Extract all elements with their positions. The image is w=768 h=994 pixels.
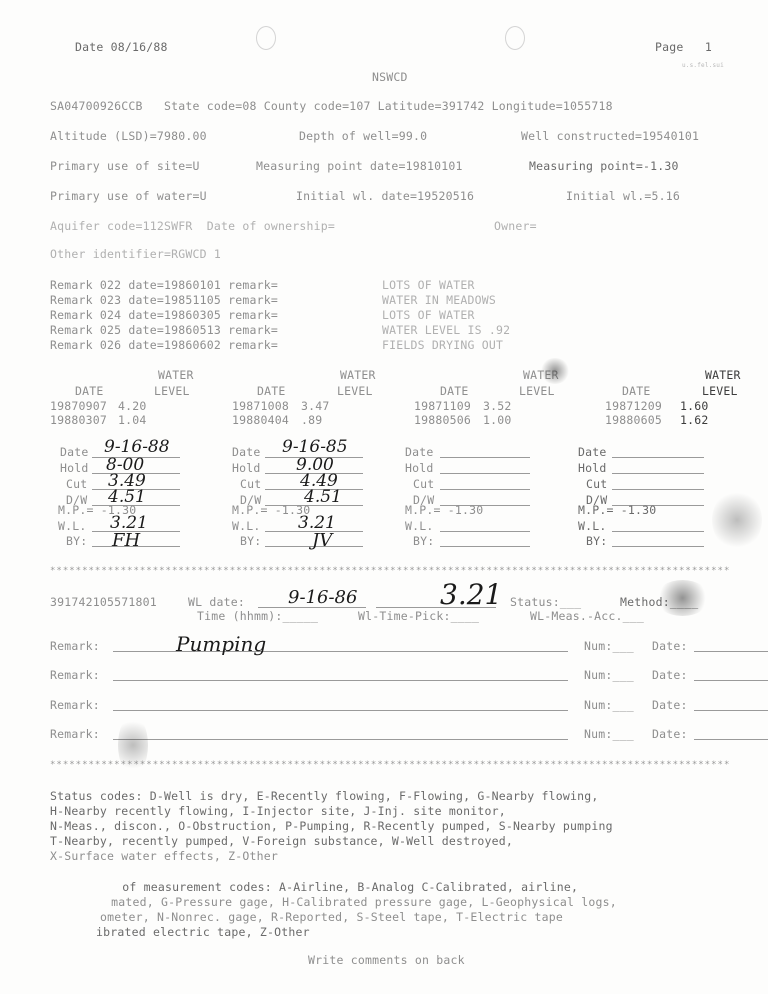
remark-date-field[interactable] <box>694 710 768 711</box>
wl-level: 3.52 <box>483 399 512 413</box>
stamp: u.s.fel.sui <box>682 62 724 69</box>
wl-date-value: 9-16-86 <box>288 587 357 608</box>
form-label-wl: W.L. <box>578 519 607 533</box>
wl-date: 19880605 <box>605 413 662 427</box>
wl-date: 19880404 <box>232 413 289 427</box>
form-label-by: BY: <box>586 534 607 548</box>
form-label-cut: Cut <box>586 477 607 491</box>
col-header-level: LEVEL <box>519 384 555 398</box>
form-label-mp: M.P.= -1.30 <box>405 503 483 517</box>
remark-history-text: LOTS OF WATER <box>382 308 475 322</box>
date-field[interactable] <box>612 457 704 458</box>
hold-field[interactable] <box>440 473 530 474</box>
wl-level: .89 <box>301 413 322 427</box>
form-label-hold: Hold <box>405 461 434 475</box>
scan-smudge <box>118 715 148 775</box>
form-label-date: Date <box>578 445 607 459</box>
form-label-wl: W.L. <box>58 519 87 533</box>
method-code-line: ometer, N-Nonrec. gage, R-Reported, S-St… <box>100 910 563 924</box>
site-line: SA04700926CCB State code=08 County code=… <box>50 99 613 113</box>
num-field[interactable]: Num:___ <box>584 668 634 682</box>
remark-history-row: Remark 024 date=19860305 remark= <box>50 308 278 322</box>
altitude: Altitude (LSD)=7980.00 <box>50 129 207 143</box>
remark-date-field[interactable] <box>694 651 768 652</box>
scan-smudge <box>655 580 710 616</box>
wl-level: 1.62 <box>680 413 709 427</box>
well-constructed: Well constructed=19540101 <box>521 129 699 143</box>
remark-history-text: LOTS OF WATER <box>382 278 475 292</box>
date-field[interactable] <box>440 457 530 458</box>
wl-date-label: WL date: <box>188 595 245 609</box>
method-code-line: of measurement codes: A-Airline, B-Analo… <box>108 880 578 894</box>
star-divider: ****************************************… <box>50 760 768 770</box>
date-label: Date: <box>652 698 688 712</box>
form-label-wl: W.L. <box>405 519 434 533</box>
form-label-date: Date <box>232 445 261 459</box>
remark-history-text: FIELDS DRYING OUT <box>382 338 503 352</box>
form-label-date: Date <box>405 445 434 459</box>
remark-history-row: Remark 023 date=19851105 remark= <box>50 293 278 307</box>
wl-level: 4.20 <box>118 399 147 413</box>
col-header-date: DATE <box>440 384 469 398</box>
primary-use-site: Primary use of site=U <box>50 159 200 173</box>
date-label: Date: <box>652 727 688 741</box>
col-header-date: DATE <box>622 384 651 398</box>
org-title: NSWCD <box>372 70 408 84</box>
status-code-line: T-Nearby, recently pumped, V-Foreign sub… <box>50 834 513 848</box>
report-date: Date 08/16/88 <box>75 40 168 54</box>
aquifer-code: Aquifer code=112SWFR Date of ownership= <box>50 219 335 233</box>
wl-field[interactable] <box>440 531 530 532</box>
remark-history-row: Remark 026 date=19860602 remark= <box>50 338 278 352</box>
remark-field[interactable] <box>113 739 568 740</box>
wl-level: 1.60 <box>680 399 709 413</box>
status-code-line: H-Nearby recently flowing, I-Injector si… <box>50 804 506 818</box>
remark-date-field[interactable] <box>694 680 768 681</box>
wl-date: 19871008 <box>232 399 289 413</box>
remark-history-text: WATER IN MEADOWS <box>382 293 496 307</box>
cut-field[interactable] <box>440 489 530 490</box>
measuring-point: Measuring point=-1.30 <box>529 159 679 173</box>
wl-time-pick-field[interactable]: Wl-Time-Pick:____ <box>358 609 479 623</box>
remark-label: Remark: <box>50 698 100 712</box>
wl-date: 19871109 <box>414 399 471 413</box>
by-field[interactable] <box>440 546 530 547</box>
cut-field[interactable] <box>612 489 704 490</box>
form-label-cut: Cut <box>240 477 261 491</box>
remark-history-row: Remark 025 date=19860513 remark= <box>50 323 278 337</box>
punch-hole <box>256 26 276 50</box>
col-header-level: LEVEL <box>337 384 373 398</box>
remark-date-field[interactable] <box>694 739 768 740</box>
time-field[interactable]: Time (hhmm):_____ <box>197 609 318 623</box>
page-number: Page 1 <box>655 40 712 54</box>
by-field[interactable] <box>612 546 704 547</box>
wl-date: 19880307 <box>50 413 107 427</box>
remark-label: Remark: <box>50 668 100 682</box>
wl-field[interactable] <box>612 531 704 532</box>
form-label-by: BY: <box>413 534 434 548</box>
col-header-water: WATER <box>340 368 376 382</box>
initial-wl-date: Initial wl. date=19520516 <box>296 189 474 203</box>
date-label: Date: <box>652 639 688 653</box>
wl-date: 19880506 <box>414 413 471 427</box>
primary-use-water: Primary use of water=U <box>50 189 207 203</box>
num-field[interactable]: Num:___ <box>584 727 634 741</box>
status-field[interactable]: Status:___ <box>510 595 581 609</box>
col-header-water: WATER <box>158 368 194 382</box>
form-label-cut: Cut <box>66 477 87 491</box>
wl-date: 19870907 <box>50 399 107 413</box>
scan-smudge <box>712 490 762 550</box>
initial-wl: Initial wl.=5.16 <box>566 189 680 203</box>
status-code-line: Status codes: D-Well is dry, E-Recently … <box>50 789 599 803</box>
date-value: 9-16-85 <box>282 437 348 457</box>
col-header-level: LEVEL <box>154 384 190 398</box>
depth-of-well: Depth of well=99.0 <box>299 129 427 143</box>
date-value: 9-16-88 <box>104 437 170 457</box>
remark-label: Remark: <box>50 727 100 741</box>
hold-field[interactable] <box>612 473 704 474</box>
remark-label: Remark: <box>50 639 100 653</box>
remark-value: Pumping <box>176 632 266 656</box>
form-label-hold: Hold <box>60 461 89 475</box>
method-code-line: mated, G-Pressure gage, H-Calibrated pre… <box>104 895 617 909</box>
col-header-date: DATE <box>75 384 104 398</box>
punch-hole <box>505 26 525 50</box>
other-identifier: Other identifier=RGWCD 1 <box>50 247 221 261</box>
star-divider: ****************************************… <box>50 566 768 576</box>
num-field[interactable]: Num:___ <box>584 639 634 653</box>
wl-value: 3.21 <box>440 578 502 611</box>
wl-date: 19871209 <box>605 399 662 413</box>
site-id: 391742105571801 <box>50 595 157 609</box>
col-header-level: LEVEL <box>702 384 738 398</box>
remark-field[interactable] <box>113 710 568 711</box>
col-header-water: WATER <box>705 368 741 382</box>
remark-history-row: Remark 022 date=19860101 remark= <box>50 278 278 292</box>
wl-level: 3.47 <box>301 399 330 413</box>
form-label-wl: W.L. <box>232 519 261 533</box>
wl-meas-acc-field[interactable]: WL-Meas.-Acc.___ <box>530 609 644 623</box>
by-signature: JV <box>312 530 332 551</box>
footer-note: Write comments on back <box>308 953 465 967</box>
form-label-hold: Hold <box>578 461 607 475</box>
method-code-line: ibrated electric tape, Z-Other <box>96 925 310 939</box>
form-label-mp: M.P.= -1.30 <box>578 503 656 517</box>
form-label-cut: Cut <box>413 477 434 491</box>
date-label: Date: <box>652 668 688 682</box>
scan-smudge <box>540 358 570 384</box>
remark-history-text: WATER LEVEL IS .92 <box>382 323 510 337</box>
form-label-by: BY: <box>240 534 261 548</box>
remark-field[interactable] <box>113 680 568 681</box>
wl-level: 1.00 <box>483 413 512 427</box>
col-header-date: DATE <box>257 384 286 398</box>
owner: Owner= <box>494 219 537 233</box>
form-label-hold: Hold <box>232 461 261 475</box>
measuring-point-date: Measuring point date=19810101 <box>256 159 463 173</box>
wl-level: 1.04 <box>118 413 147 427</box>
by-signature: FH <box>112 530 140 551</box>
form-label-by: BY: <box>66 534 87 548</box>
status-code-line: X-Surface water effects, Z-Other <box>50 849 278 863</box>
status-code-line: N-Meas., discon., O-Obstruction, P-Pumpi… <box>50 819 613 833</box>
form-label-date: Date <box>60 445 89 459</box>
num-field[interactable]: Num:___ <box>584 698 634 712</box>
